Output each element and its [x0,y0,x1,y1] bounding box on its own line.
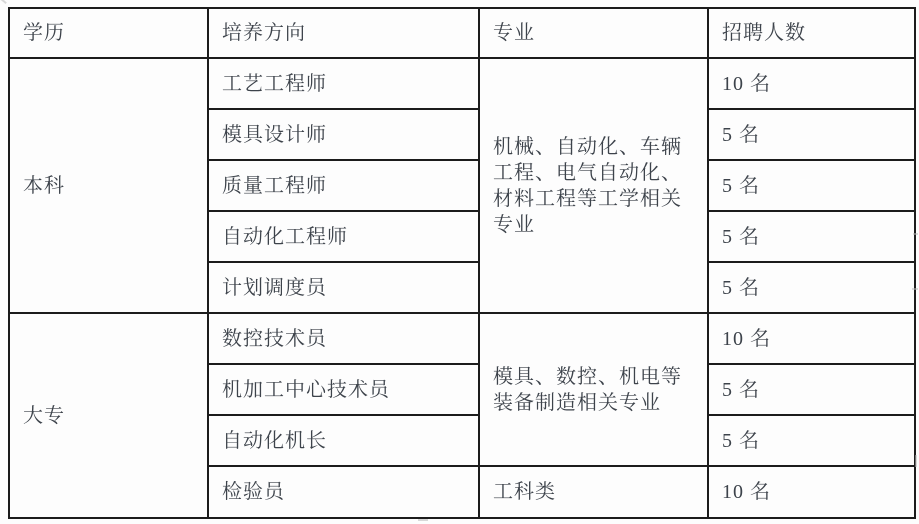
count-cell: 5 名 [708,415,915,466]
header-cell-major: 专业 [479,8,708,58]
major-cell-bachelor: 机械、自动化、车辆工程、电气自动化、材料工程等工学相关专业 [479,58,708,313]
scan-artifact [418,519,428,521]
header-cell-count: 招聘人数 [708,8,915,58]
header-cell-direction: 培养方向 [208,8,479,58]
direction-cell: 计划调度员 [208,262,479,313]
count-cell: 5 名 [708,160,915,211]
education-cell-bachelor: 本科 [9,58,208,313]
direction-cell: 工艺工程师 [208,58,479,109]
table-row: 本科 工艺工程师 机械、自动化、车辆工程、电气自动化、材料工程等工学相关专业 1… [9,58,915,109]
direction-cell: 自动化机长 [208,415,479,466]
major-cell-engineering: 工科类 [479,466,708,518]
major-cell-college: 模具、数控、机电等装备制造相关专业 [479,313,708,466]
direction-cell: 自动化工程师 [208,211,479,262]
header-row: 学历 培养方向 专业 招聘人数 [9,8,915,58]
direction-cell: 数控技术员 [208,313,479,364]
count-cell: 5 名 [708,364,915,415]
table-row: 大专 数控技术员 模具、数控、机电等装备制造相关专业 10 名 [9,313,915,364]
document-page: 学历 培养方向 专业 招聘人数 本科 工艺工程师 机械、自动化、车辆工程、电气自… [0,0,919,524]
count-cell: 5 名 [708,262,915,313]
count-cell: 5 名 [708,211,915,262]
count-cell: 5 名 [708,109,915,160]
count-cell: 10 名 [708,466,915,518]
direction-cell: 检验员 [208,466,479,518]
recruitment-table: 学历 培养方向 专业 招聘人数 本科 工艺工程师 机械、自动化、车辆工程、电气自… [8,7,916,519]
count-cell: 10 名 [708,313,915,364]
scan-artifact [913,233,918,235]
direction-cell: 模具设计师 [208,109,479,160]
header-cell-education: 学历 [9,8,208,58]
scan-artifact [0,0,7,4]
education-cell-college: 大专 [9,313,208,518]
scan-artifact [912,288,918,290]
direction-cell: 机加工中心技术员 [208,364,479,415]
direction-cell: 质量工程师 [208,160,479,211]
count-cell: 10 名 [708,58,915,109]
scan-artifact [915,455,917,467]
